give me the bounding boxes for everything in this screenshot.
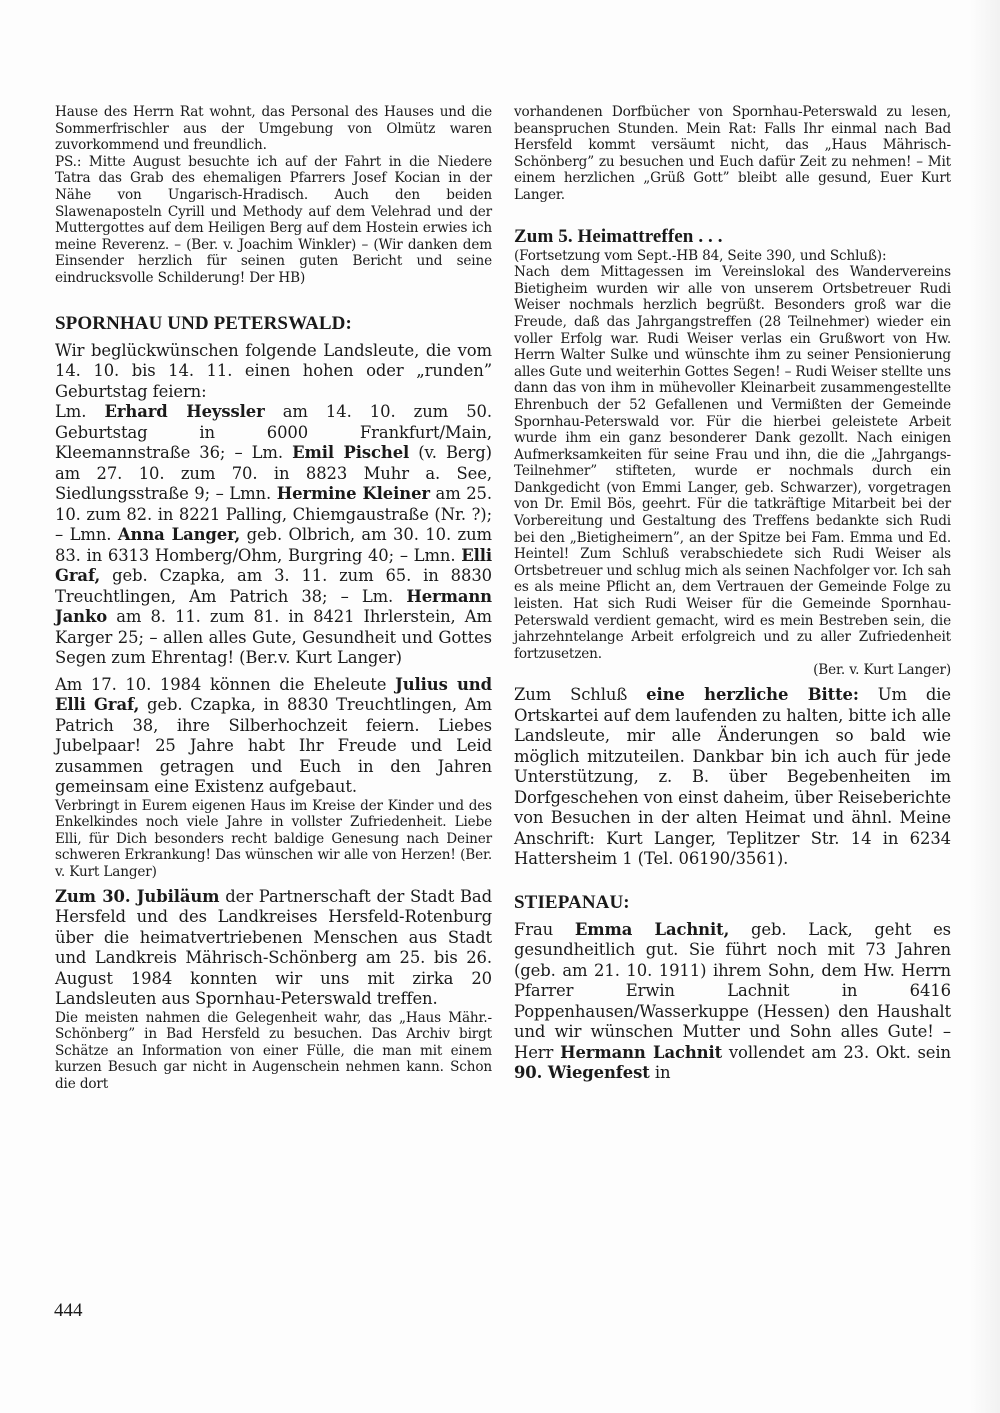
left-column: Hause des Herrn Rat wohnt, das Personal …: [55, 104, 492, 1092]
birthday-milestone: 90. Wiegenfest: [514, 1063, 650, 1082]
reunion-credit: (Ber. v. Kurt Langer): [514, 662, 951, 679]
newsletter-page: Hause des Herrn Rat wohnt, das Personal …: [0, 0, 1000, 1413]
section-heading-spornhau: SPORNHAU UND PETERSWALD:: [55, 313, 492, 335]
birthday-intro: Wir beglückwünschen folgende Landsleute,…: [55, 341, 492, 403]
reunion-body: Nach dem Mittagessen im Vereinslokal des…: [514, 264, 951, 662]
person-name: Hermann Lachnit: [560, 1043, 722, 1062]
person-name: Emil Pischel: [292, 443, 409, 462]
silver-wedding-paragraph: Am 17. 10. 1984 können die Eheleute Juli…: [55, 675, 492, 798]
wishes-paragraph: Verbringt in Eurem eigenen Haus im Kreis…: [55, 798, 492, 881]
intro-paragraph: Hause des Herrn Rat wohnt, das Personal …: [55, 104, 492, 154]
page-edge-shadow: [970, 0, 1000, 1413]
section-heading-stiepanau: STIEPANAU:: [514, 892, 951, 914]
request-paragraph: Zum Schluß eine herzliche Bitte: Um die …: [514, 685, 951, 870]
right-column: vorhandenen Dorfbücher von Spornhau-Pete…: [514, 104, 951, 1084]
person-name: Emma Lachnit,: [575, 920, 729, 939]
person-name: Hermine Kleiner: [277, 484, 430, 503]
continuation-paragraph: vorhandenen Dorfbücher von Spornhau-Pete…: [514, 104, 951, 204]
jubilee-paragraph: Zum 30. Jubiläum der Partnerschaft der S…: [55, 887, 492, 1010]
spacer: [514, 204, 951, 226]
spacer: [514, 870, 951, 892]
archive-paragraph: Die meisten nahmen die Gelegenheit wahr,…: [55, 1010, 492, 1093]
person-name: Erhard Heyssler: [104, 402, 264, 421]
stiepanau-paragraph: Frau Emma Lachnit, geb. Lack, geht es ge…: [514, 920, 951, 1084]
ps-paragraph: PS.: Mitte August besuchte ich auf der F…: [55, 154, 492, 287]
request-bold: eine herzliche Bitte:: [646, 685, 859, 704]
person-name: Anna Langer,: [118, 525, 240, 544]
birthday-list: Lm. Erhard Heyssler am 14. 10. zum 50. G…: [55, 402, 492, 669]
page-number: 444: [54, 1300, 83, 1322]
reunion-heading: Zum 5. Heimattreffen . . .: [514, 226, 951, 248]
spacer: [55, 287, 492, 313]
jubilee-lead: Zum 30. Jubiläum: [55, 887, 219, 906]
reunion-subtitle: (Fortsetzung vom Sept.-HB 84, Seite 390,…: [514, 248, 951, 265]
